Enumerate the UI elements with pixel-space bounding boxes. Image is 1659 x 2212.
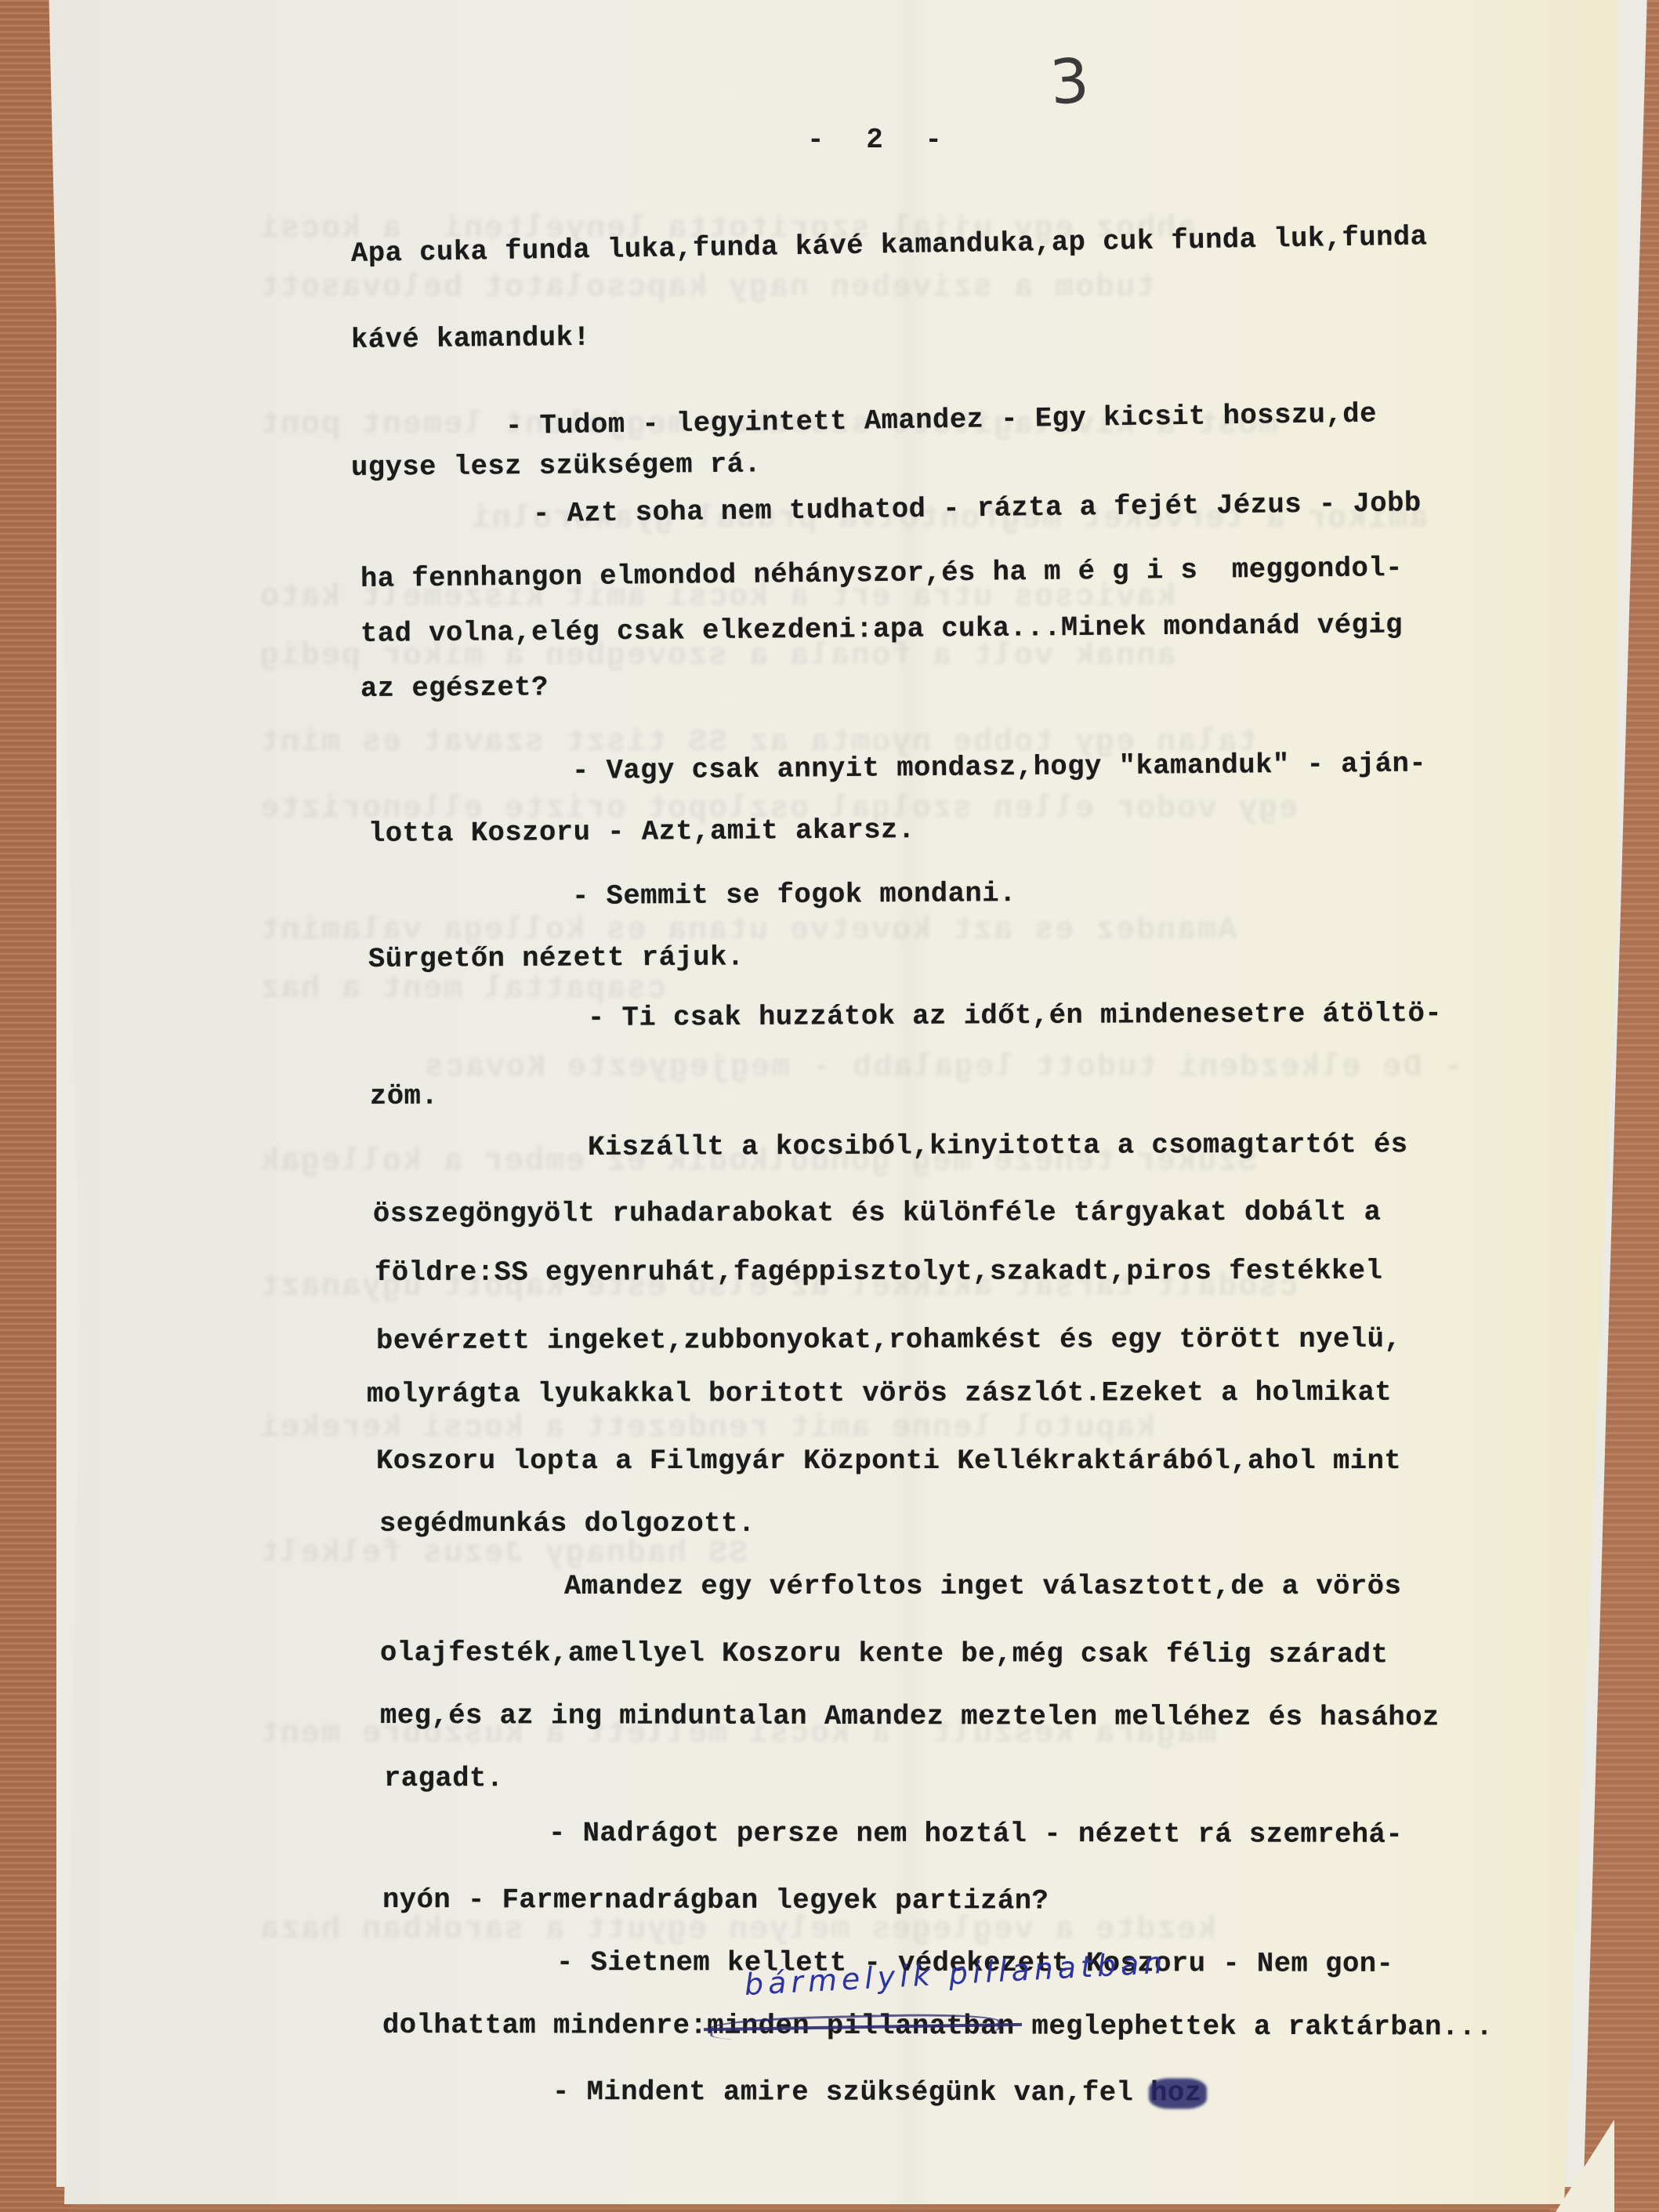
typed-line: dolhattam mindenre:minden pillanatban me… <box>382 2009 1493 2043</box>
typed-line: ragadt. <box>384 1762 504 1794</box>
typed-line-text: dolhattam mindenre: <box>382 2009 707 2042</box>
typed-line: zöm. <box>370 1080 438 1112</box>
typed-line: Apa cuka funda luka,funda kávé kamanduka… <box>351 220 1428 270</box>
typed-line: molyrágta lyukakkal boritott vörös zászl… <box>367 1376 1392 1410</box>
typed-line: az egészet? <box>360 671 549 705</box>
typed-line: - Tudom - legyintett Amandez - Egy kicsi… <box>505 397 1377 442</box>
typed-line: Kiszállt a kocsiból,kinyitotta a csomagt… <box>588 1128 1408 1163</box>
typed-line: - Vagy csak annyit mondasz,hogy "kamandu… <box>572 747 1427 787</box>
typed-line: kávé kamanduk! <box>351 321 591 356</box>
typed-line-text: - Azt soha nem tudhatod - rázta a fejét … <box>533 487 1422 530</box>
typed-line-text: zöm. <box>370 1080 438 1112</box>
typed-line: ha fennhangon elmondod néhányszor,és ha … <box>360 552 1403 595</box>
typed-line: tad volna,elég csak elkezdeni:apa cuka..… <box>360 608 1403 650</box>
typed-line: segédmunkás dolgozott. <box>379 1507 755 1539</box>
typed-line-text: lotta Koszoru - Azt,amit akarsz. <box>368 814 915 850</box>
typed-line-text: meg,és az ing minduntalan Amandez meztel… <box>380 1699 1440 1733</box>
typed-line: meg,és az ing minduntalan Amandez meztel… <box>380 1699 1440 1733</box>
typed-line-text: Sürgetőn nézett rájuk. <box>368 941 744 975</box>
typed-line: Koszoru lopta a Filmgyár Központi Kellék… <box>376 1445 1401 1477</box>
typed-line: - Azt soha nem tudhatod - rázta a fejét … <box>533 487 1422 530</box>
typed-line: földre:SS egyenruhát,fagéppisztolyt,szak… <box>375 1255 1382 1289</box>
typed-line: Sürgetőn nézett rájuk. <box>368 941 744 975</box>
typed-line: olajfesték,amellyel Koszoru kente be,még… <box>380 1637 1388 1670</box>
typed-line-text: összegöngyölt ruhadarabokat és különféle… <box>373 1196 1381 1230</box>
typed-text-body: Apa cuka funda luka,funda kávé kamanduka… <box>0 0 1659 2212</box>
typed-line: ugyse lesz szükségem rá. <box>351 448 762 484</box>
typed-line: Amandez egy vérfoltos inget választott,d… <box>564 1570 1401 1602</box>
typed-line-text: Kiszállt a kocsiból,kinyitotta a csomagt… <box>588 1128 1408 1163</box>
typed-line: - Semmit se fogok mondani. <box>572 877 1016 912</box>
typed-line-text: földre:SS egyenruhát,fagéppisztolyt,szak… <box>375 1255 1382 1289</box>
typed-line-text: - Vagy csak annyit mondasz,hogy "kamandu… <box>572 747 1427 787</box>
typed-line-text: tad volna,elég csak elkezdeni:apa cuka..… <box>360 608 1403 650</box>
typed-line-text: Apa cuka funda luka,funda kávé kamanduka… <box>351 220 1428 270</box>
typed-line: - Ti csak huzzátok az időt,én mindeneset… <box>588 997 1442 1034</box>
typed-line-text: ha fennhangon elmondod néhányszor,és ha … <box>360 552 1403 595</box>
typed-line: nyón - Farmernadrágban legyek partizán? <box>382 1884 1049 1916</box>
struck-through-text: minden pillanatban <box>707 2010 1015 2043</box>
typed-line: - Nadrágot persze nem hoztál - nézett rá… <box>549 1817 1403 1851</box>
typed-line-text: - Mindent amire szükségünk van,fel <box>552 2076 1150 2109</box>
typed-line-text: meglephettek a raktárban... <box>1015 2010 1494 2043</box>
typed-line-text: - Nadrágot persze nem hoztál - nézett rá… <box>549 1817 1403 1851</box>
typed-line-text: molyrágta lyukakkal boritott vörös zászl… <box>367 1376 1392 1410</box>
typed-line: lotta Koszoru - Azt,amit akarsz. <box>368 814 915 850</box>
typed-line-text: Koszoru lopta a Filmgyár Központi Kellék… <box>376 1445 1401 1477</box>
typed-line-text: ugyse lesz szükségem rá. <box>351 448 762 484</box>
typed-line: összegöngyölt ruhadarabokat és különféle… <box>373 1196 1381 1230</box>
typed-line-text: kávé kamanduk! <box>351 321 591 356</box>
typed-line-text: - Semmit se fogok mondani. <box>572 877 1016 912</box>
typed-line-text: - Tudom - legyintett Amandez - Egy kicsi… <box>505 397 1377 442</box>
typed-line-text: nyón - Farmernadrágban legyek partizán? <box>382 1884 1049 1916</box>
typed-line: bevérzett ingeket,zubbonyokat,rohamkést … <box>376 1323 1401 1357</box>
scribbled-out-text: hoz <box>1150 2076 1201 2109</box>
typed-line-text: - Ti csak huzzátok az időt,én mindeneset… <box>588 997 1442 1034</box>
typed-line-text: Amandez egy vérfoltos inget választott,d… <box>564 1570 1401 1602</box>
typed-line: - Mindent amire szükségünk van,fel hoz <box>552 2076 1202 2109</box>
typed-line-text: olajfesték,amellyel Koszoru kente be,még… <box>380 1637 1388 1670</box>
typed-line-text: bevérzett ingeket,zubbonyokat,rohamkést … <box>376 1323 1401 1357</box>
typed-line-text: az egészet? <box>360 671 549 705</box>
typed-line-text: segédmunkás dolgozott. <box>379 1507 755 1539</box>
typed-line-text: ragadt. <box>384 1762 504 1794</box>
